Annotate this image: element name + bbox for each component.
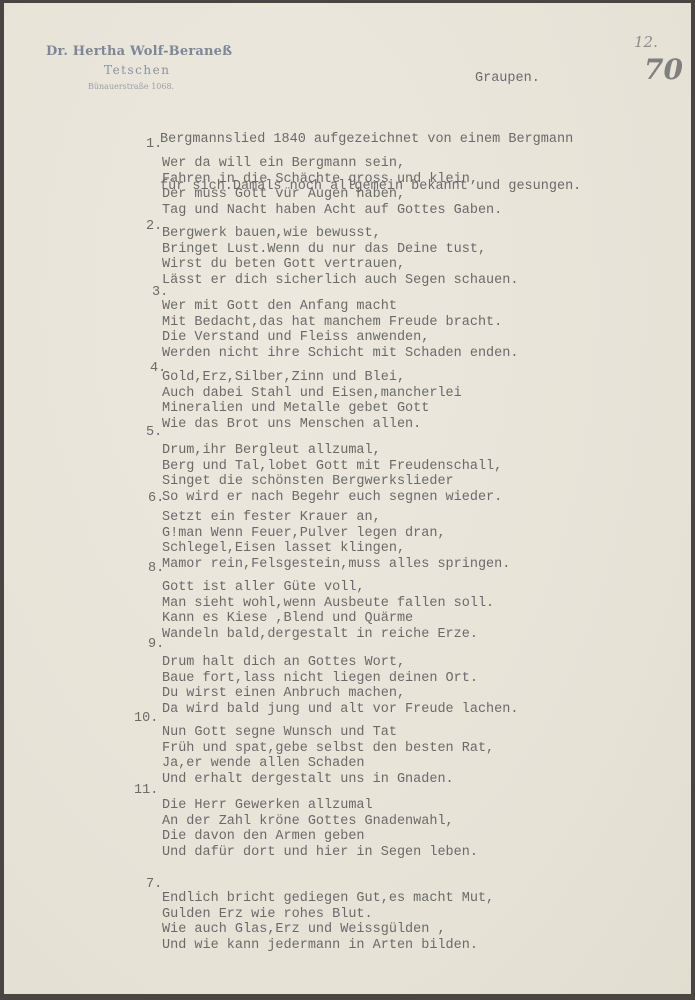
stanza-line: Früh und spat,gebe selbst den besten Rat…: [162, 741, 494, 757]
letterhead-name: Dr. Hertha Wolf-Beraneß: [46, 44, 232, 59]
stanza-line: Die davon den Armen geben: [162, 829, 478, 845]
stanza-line: Lässt er dich sicherlich auch Segen scha…: [162, 273, 518, 289]
stanza-line: Werden nicht ihre Schicht mit Schaden en…: [162, 346, 518, 362]
stanza-line: Bringet Lust.Wenn du nur das Deine tust,: [162, 242, 518, 258]
stanza-line: Fahren in die Schächte gross und klein,: [162, 172, 502, 188]
stanza-line: Wer mit Gott den Anfang macht: [162, 299, 518, 315]
letterhead-city: Tetschen: [104, 63, 170, 77]
stanza-line: Kann es Kiese ,Blend und Quärme: [162, 611, 494, 627]
intro-line: Bergmannslied 1840 aufgezeichnet von ein…: [160, 132, 581, 148]
stanza-number: 10.: [134, 711, 158, 726]
stanza-line: So wird er nach Begehr euch segnen wiede…: [162, 490, 502, 506]
stanza-line: Berg und Tal,lobet Gott mit Freudenschal…: [162, 459, 502, 475]
stanza-line: Die Herr Gewerken allzumal: [162, 798, 478, 814]
stanza-number: 6.: [148, 491, 164, 506]
stanza-line: Und wie kann jedermann in Arten bilden.: [162, 938, 494, 954]
stanza: Drum halt dich an Gottes Wort,Baue fort,…: [162, 655, 518, 717]
stanza-line: Wandeln bald,dergestalt in reiche Erze.: [162, 627, 494, 643]
stanza-line: Schlegel,Eisen lasset klingen,: [162, 541, 510, 557]
stanza-number: 11.: [134, 783, 158, 798]
stanza: Die Herr Gewerken allzumalAn der Zahl kr…: [162, 798, 478, 860]
stanza-line: Der muss Gott vür Augen haben,: [162, 187, 502, 203]
stanza-line: G!man Wenn Feuer,Pulver legen dran,: [162, 526, 510, 542]
stanza-line: Die Verstand und Fleiss anwenden,: [162, 330, 518, 346]
stanza-line: Man sieht wohl,wenn Ausbeute fallen soll…: [162, 596, 494, 612]
stanza-line: Auch dabei Stahl und Eisen,mancherlei: [162, 386, 462, 402]
handwritten-page-number: 70: [644, 53, 683, 86]
stanza-line: Mineralien und Metalle gebet Gott: [162, 401, 462, 417]
stanza: Endlich bricht gediegen Gut,es macht Mut…: [162, 891, 494, 953]
letterhead-street: Bünauerstraße 1068.: [88, 82, 174, 91]
stanza: Setzt ein fester Krauer an,G!man Wenn Fe…: [162, 510, 510, 572]
stanza-number: 1.: [146, 137, 162, 152]
stanza-line: Singet die schönsten Bergwerkslieder: [162, 474, 502, 490]
stanza: Drum,ihr Bergleut allzumal,Berg und Tal,…: [162, 443, 502, 505]
stanza-line: An der Zahl kröne Gottes Gnadenwahl,: [162, 814, 478, 830]
stanza-number: 8.: [148, 561, 164, 576]
stanza-line: Ja,er wende allen Schaden: [162, 756, 494, 772]
stanza-line: Mamor rein,Felsgestein,muss alles spring…: [162, 557, 510, 573]
stanza: Gott ist aller Güte voll,Man sieht wohl,…: [162, 580, 494, 642]
place-heading: Graupen.: [475, 71, 540, 87]
stanza-number: 5.: [146, 425, 162, 440]
stanza-number: 2.: [146, 219, 162, 234]
stanza: Gold,Erz,Silber,Zinn und Blei,Auch dabei…: [162, 370, 462, 432]
stanza-line: Drum,ihr Bergleut allzumal,: [162, 443, 502, 459]
stanza-line: Mit Bedacht,das hat manchem Freude brach…: [162, 315, 518, 331]
stanza: Wer da will ein Bergmann sein,Fahren in …: [162, 156, 502, 218]
stanza-number: 3.: [152, 285, 168, 300]
stanza-line: Wie das Brot uns Menschen allen.: [162, 417, 462, 433]
stanza-line: Da wird bald jung und alt vor Freude lac…: [162, 702, 518, 718]
handwritten-mark: 12.: [634, 33, 658, 51]
stanza-line: Gott ist aller Güte voll,: [162, 580, 494, 596]
stanza-line: Gulden Erz wie rohes Blut.: [162, 907, 494, 923]
stanza-line: Wie auch Glas,Erz und Weissgülden ,: [162, 922, 494, 938]
typewritten-page: Dr. Hertha Wolf-Beraneß Tetschen Bünauer…: [4, 3, 691, 994]
stanza-line: Drum halt dich an Gottes Wort,: [162, 655, 518, 671]
stanza-line: Wer da will ein Bergmann sein,: [162, 156, 502, 172]
stanza-number: 9.: [148, 637, 164, 652]
stanza-line: Endlich bricht gediegen Gut,es macht Mut…: [162, 891, 494, 907]
stanza-line: Bergwerk bauen,wie bewusst,: [162, 226, 518, 242]
stanza-line: Nun Gott segne Wunsch und Tat: [162, 725, 494, 741]
stanza-line: Tag und Nacht haben Acht auf Gottes Gabe…: [162, 203, 502, 219]
stanza-line: Setzt ein fester Krauer an,: [162, 510, 510, 526]
stanza: Wer mit Gott den Anfang machtMit Bedacht…: [162, 299, 518, 361]
stanza-line: Gold,Erz,Silber,Zinn und Blei,: [162, 370, 462, 386]
stanza-line: Baue fort,lass nicht liegen deinen Ort.: [162, 671, 518, 687]
stanza-number: 7.: [146, 877, 162, 892]
stanza: Nun Gott segne Wunsch und TatFrüh und sp…: [162, 725, 494, 787]
stanza-line: Und erhalt dergestalt uns in Gnaden.: [162, 772, 494, 788]
stanza-line: Wirst du beten Gott vertrauen,: [162, 257, 518, 273]
stanza-line: Und dafür dort und hier in Segen leben.: [162, 845, 478, 861]
stanza-line: Du wirst einen Anbruch machen,: [162, 686, 518, 702]
stanza: Bergwerk bauen,wie bewusst,Bringet Lust.…: [162, 226, 518, 288]
